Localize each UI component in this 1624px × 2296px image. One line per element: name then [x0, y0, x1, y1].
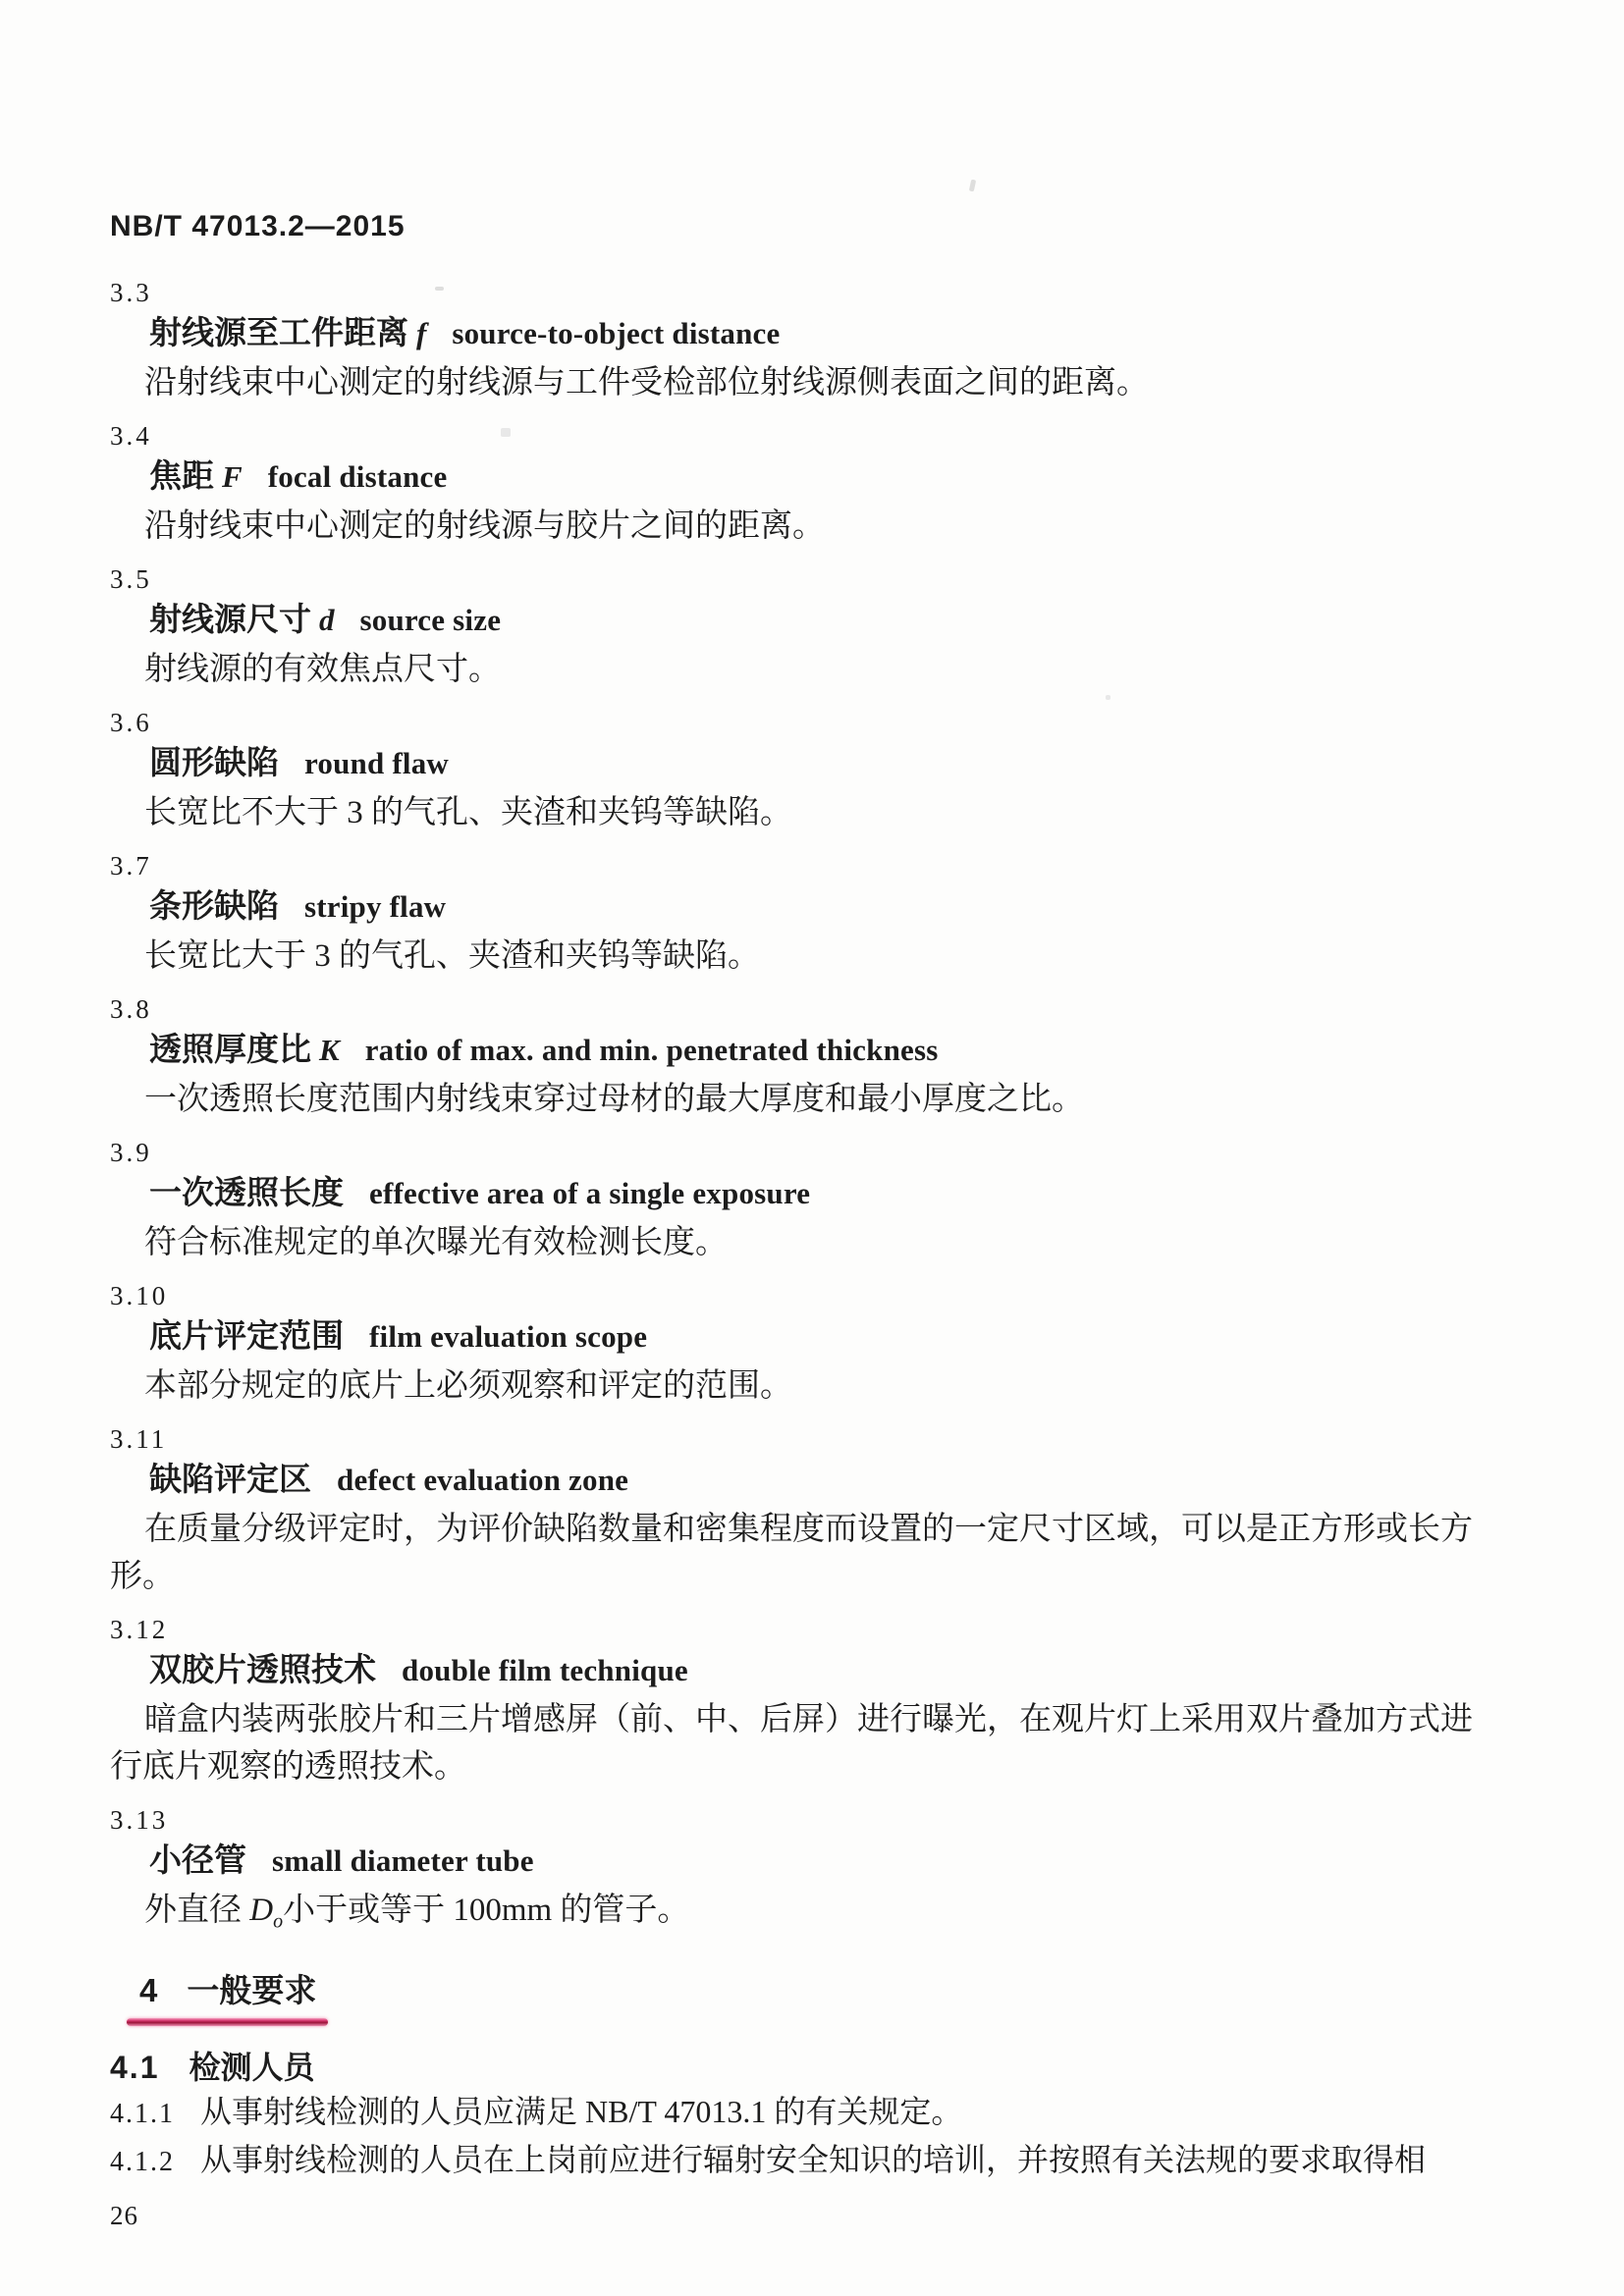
term-line: 缺陷评定区defect evaluation zone — [110, 1460, 1545, 1506]
document-page: NB/T 47013.2—2015 3.3 射线源至工件距离fsource-to… — [0, 0, 1624, 2296]
term-symbol: K — [319, 1033, 340, 1067]
term-line: 底片评定范围film evaluation scope — [110, 1316, 1545, 1362]
diameter-symbol: D — [249, 1893, 273, 1928]
definition-text: 长宽比大于 3 的气孔、夹渣和夹钨等缺陷。 — [110, 933, 1477, 980]
term-section: 3.7 条形缺陷stripy flaw 长宽比大于 3 的气孔、夹渣和夹钨等缺陷… — [110, 846, 1545, 980]
definition-text: 外直径 Do小于或等于 100mm 的管子。 — [110, 1887, 1477, 1946]
term-zh: 射线源至工件距离 — [149, 316, 408, 351]
clause-number: 4.1.2 — [110, 2147, 175, 2177]
term-en: source-to-object distance — [452, 316, 780, 350]
term-zh: 双胶片透照技术 — [149, 1653, 376, 1688]
section-number: 3.7 — [110, 846, 1545, 886]
definition-text: 沿射线束中心测定的射线源与胶片之间的距离。 — [110, 503, 1477, 550]
term-en: ratio of max. and min. penetrated thickn… — [365, 1033, 939, 1067]
term-en: double film technique — [402, 1653, 688, 1687]
subsection-number: 4.1 — [110, 2050, 159, 2085]
section-number: 3.12 — [110, 1610, 1545, 1650]
term-en: source size — [360, 603, 502, 637]
term-zh: 圆形缺陷 — [149, 746, 279, 781]
term-section: 3.13 小径管small diameter tube 外直径 Do小于或等于 … — [110, 1800, 1545, 1946]
scan-artifact — [969, 180, 976, 192]
subsection-title: 检测人员 — [189, 2050, 314, 2085]
definition-text-prefix: 外直径 — [144, 1893, 249, 1928]
term-zh: 射线源尺寸 — [149, 603, 311, 638]
diameter-symbol-subscript: o — [273, 1911, 283, 1933]
term-zh: 一次透照长度 — [149, 1176, 344, 1211]
term-section: 3.8 透照厚度比Kratio of max. and min. penetra… — [110, 989, 1545, 1123]
term-en: film evaluation scope — [369, 1319, 647, 1354]
definition-text: 沿射线束中心测定的射线源与工件受检部位射线源侧表面之间的距离。 — [110, 359, 1477, 406]
term-zh: 焦距 — [149, 459, 214, 495]
section-number: 3.10 — [110, 1276, 1545, 1316]
term-symbol: F — [222, 459, 243, 494]
term-zh: 条形缺陷 — [149, 889, 279, 925]
section-number: 3.8 — [110, 989, 1545, 1030]
term-line: 透照厚度比Kratio of max. and min. penetrated … — [110, 1030, 1545, 1076]
section-number: 3.4 — [110, 416, 1545, 456]
definition-text: 长宽比不大于 3 的气孔、夹渣和夹钨等缺陷。 — [110, 789, 1477, 836]
term-en: stripy flaw — [304, 889, 446, 924]
section-number: 3.3 — [110, 273, 1545, 313]
definition-text: 在质量分级评定时，为评价缺陷数量和密集程度而设置的一定尺寸区域，可以是正方形或长… — [110, 1506, 1477, 1600]
page-number: 26 — [110, 2199, 1545, 2232]
term-section: 3.5 射线源尺寸dsource size 射线源的有效焦点尺寸。 — [110, 560, 1545, 693]
chapter-title: 一般要求 — [187, 1972, 316, 2008]
term-section: 3.11 缺陷评定区defect evaluation zone 在质量分级评定… — [110, 1419, 1545, 1600]
term-zh: 小径管 — [149, 1843, 246, 1879]
section-number: 3.6 — [110, 703, 1545, 743]
term-line: 射线源尺寸dsource size — [110, 600, 1545, 646]
term-zh: 底片评定范围 — [149, 1319, 344, 1355]
term-section: 3.12 双胶片透照技术double film technique 暗盒内装两张… — [110, 1610, 1545, 1790]
definition-text: 本部分规定的底片上必须观察和评定的范围。 — [110, 1362, 1477, 1410]
term-en: defect evaluation zone — [337, 1463, 628, 1497]
clause-number: 4.1.1 — [110, 2099, 175, 2129]
section-number: 3.9 — [110, 1133, 1545, 1173]
term-line: 一次透照长度effective area of a single exposur… — [110, 1173, 1545, 1219]
term-section: 3.3 射线源至工件距离fsource-to-object distance 沿… — [110, 273, 1545, 406]
clause-412: 4.1.2从事射线检测的人员在上岗前应进行辐射安全知识的培训，并按照有关法规的要… — [110, 2137, 1545, 2185]
clause-411: 4.1.1从事射线检测的人员应满足 NB/T 47013.1 的有关规定。 — [110, 2089, 1545, 2137]
term-section: 3.9 一次透照长度effective area of a single exp… — [110, 1133, 1545, 1266]
doc-code: NB/T 47013.2—2015 — [110, 208, 1545, 245]
chapter-heading: 4一般要求 — [110, 1969, 1545, 2012]
term-zh: 透照厚度比 — [149, 1033, 311, 1068]
term-line: 双胶片透照技术double film technique — [110, 1650, 1545, 1696]
term-line: 小径管small diameter tube — [110, 1841, 1545, 1887]
section-number: 3.13 — [110, 1800, 1545, 1841]
term-section: 3.4 焦距Ffocal distance 沿射线束中心测定的射线源与胶片之间的… — [110, 416, 1545, 550]
section-number: 3.5 — [110, 560, 1545, 600]
subsection-heading: 4.1检测人员 — [110, 2046, 1545, 2089]
definition-text: 暗盒内装两张胶片和三片增感屏（前、中、后屏）进行曝光，在观片灯上采用双片叠加方式… — [110, 1696, 1477, 1790]
section-number: 3.11 — [110, 1419, 1545, 1460]
term-zh: 缺陷评定区 — [149, 1463, 311, 1498]
definition-text: 射线源的有效焦点尺寸。 — [110, 646, 1477, 693]
term-section: 3.10 底片评定范围film evaluation scope 本部分规定的底… — [110, 1276, 1545, 1410]
definition-text: 一次透照长度范围内射线束穿过母材的最大厚度和最小厚度之比。 — [110, 1076, 1477, 1123]
term-section: 3.6 圆形缺陷round flaw 长宽比不大于 3 的气孔、夹渣和夹钨等缺陷… — [110, 703, 1545, 836]
term-line: 圆形缺陷round flaw — [110, 743, 1545, 789]
term-en: effective area of a single exposure — [369, 1176, 810, 1210]
term-en: round flaw — [304, 746, 449, 780]
chapter-number: 4 — [139, 1972, 159, 2008]
page-content: NB/T 47013.2—2015 3.3 射线源至工件距离fsource-to… — [110, 208, 1545, 2232]
definition-text-suffix: 小于或等于 100mm 的管子。 — [283, 1893, 689, 1928]
clause-text: 从事射线检测的人员应满足 NB/T 47013.1 的有关规定。 — [200, 2094, 962, 2129]
clause-text: 从事射线检测的人员在上岗前应进行辐射安全知识的培训，并按照有关法规的要求取得相 — [200, 2142, 1426, 2177]
definition-text: 符合标准规定的单次曝光有效检测长度。 — [110, 1219, 1477, 1266]
term-en: focal distance — [268, 459, 448, 494]
term-symbol: f — [416, 316, 426, 350]
term-symbol: d — [319, 603, 335, 637]
pink-marker-underline — [127, 2018, 328, 2026]
term-line: 条形缺陷stripy flaw — [110, 886, 1545, 933]
term-en: small diameter tube — [272, 1843, 534, 1878]
term-line: 射线源至工件距离fsource-to-object distance — [110, 313, 1545, 359]
term-line: 焦距Ffocal distance — [110, 456, 1545, 503]
